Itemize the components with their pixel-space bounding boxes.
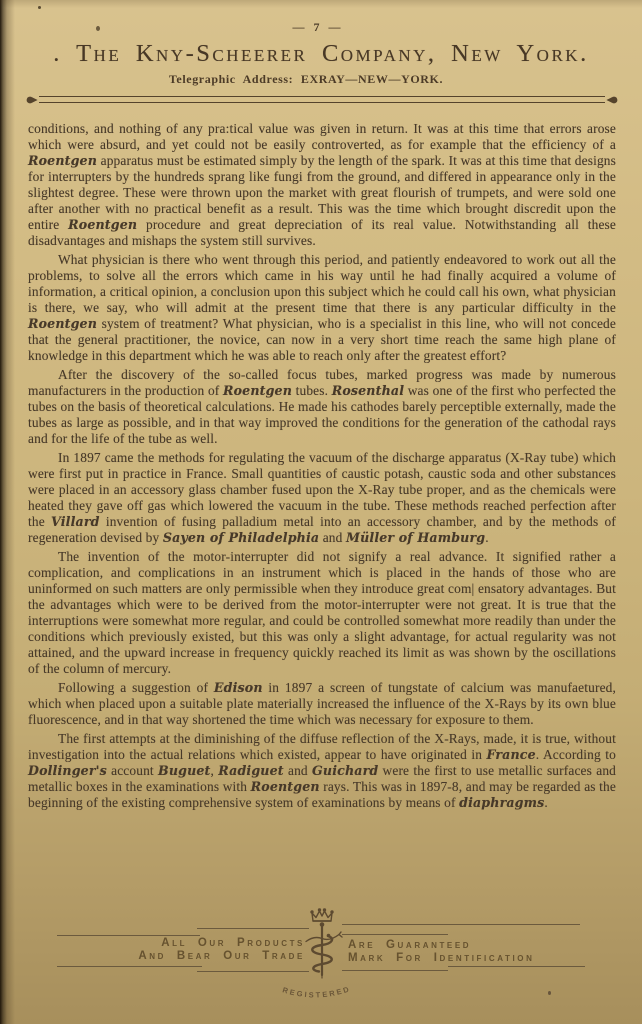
paragraph: The first attempts at the diminishing of… xyxy=(28,731,616,811)
footer-text-line: And Bear Our Trade xyxy=(138,950,305,963)
rule-lines xyxy=(39,96,605,103)
paragraph: After the discovery of the so-called foc… xyxy=(28,367,616,447)
paragraph: What physician is there who went through… xyxy=(28,252,616,364)
page-gutter-shadow xyxy=(0,0,16,1024)
registered-arc-label: REGISTERED xyxy=(276,980,372,1008)
telegraphic-address: Telegraphic Address: EXRAY—NEW—YORK. xyxy=(0,72,612,87)
header-double-rule xyxy=(26,95,618,104)
footer-rule xyxy=(448,966,585,967)
crowned-serpent-staff-trademark-icon xyxy=(294,908,350,988)
rule-finial-right-icon xyxy=(606,95,618,105)
page-top-shadow xyxy=(0,0,642,8)
footer-rule xyxy=(342,924,580,925)
footer-guarantee-left: All Our Products And Bear Our Trade xyxy=(138,937,305,963)
footer-text-line: Are Guaranteed xyxy=(348,939,535,952)
page-number: — 7 — xyxy=(0,20,636,35)
rule-finial-left-icon xyxy=(26,95,38,105)
paragraph: Following a suggestion of Edison in 1897… xyxy=(28,680,616,728)
footer-guarantee-right: Are Guaranteed Mark For Identification xyxy=(348,939,535,965)
footer-rule xyxy=(197,928,309,929)
paragraph: In 1897 came the methods for regulating … xyxy=(28,450,616,546)
footer-rule xyxy=(342,934,448,935)
paragraph: The invention of the motor-interrupter d… xyxy=(28,549,616,677)
footer-rule xyxy=(342,970,448,971)
company-title: . The Kny-Scheerer Company, New York. xyxy=(0,40,642,68)
paragraph: conditions, and nothing of any pra:tical… xyxy=(28,121,616,249)
svg-text:REGISTERED: REGISTERED xyxy=(281,984,352,1000)
scanned-catalog-page: — 7 — . The Kny-Scheerer Company, New Yo… xyxy=(0,0,642,1024)
footer-rule xyxy=(197,971,309,972)
body-text-column: conditions, and nothing of any pra:tical… xyxy=(28,121,616,814)
footer-text-line: All Our Products xyxy=(138,937,305,950)
footer-text-line: Mark For Identification xyxy=(348,952,535,965)
paper-speck xyxy=(38,6,41,9)
footer-rule xyxy=(57,966,202,967)
registered-text: REGISTERED xyxy=(281,984,352,1000)
paper-speck xyxy=(548,991,551,995)
